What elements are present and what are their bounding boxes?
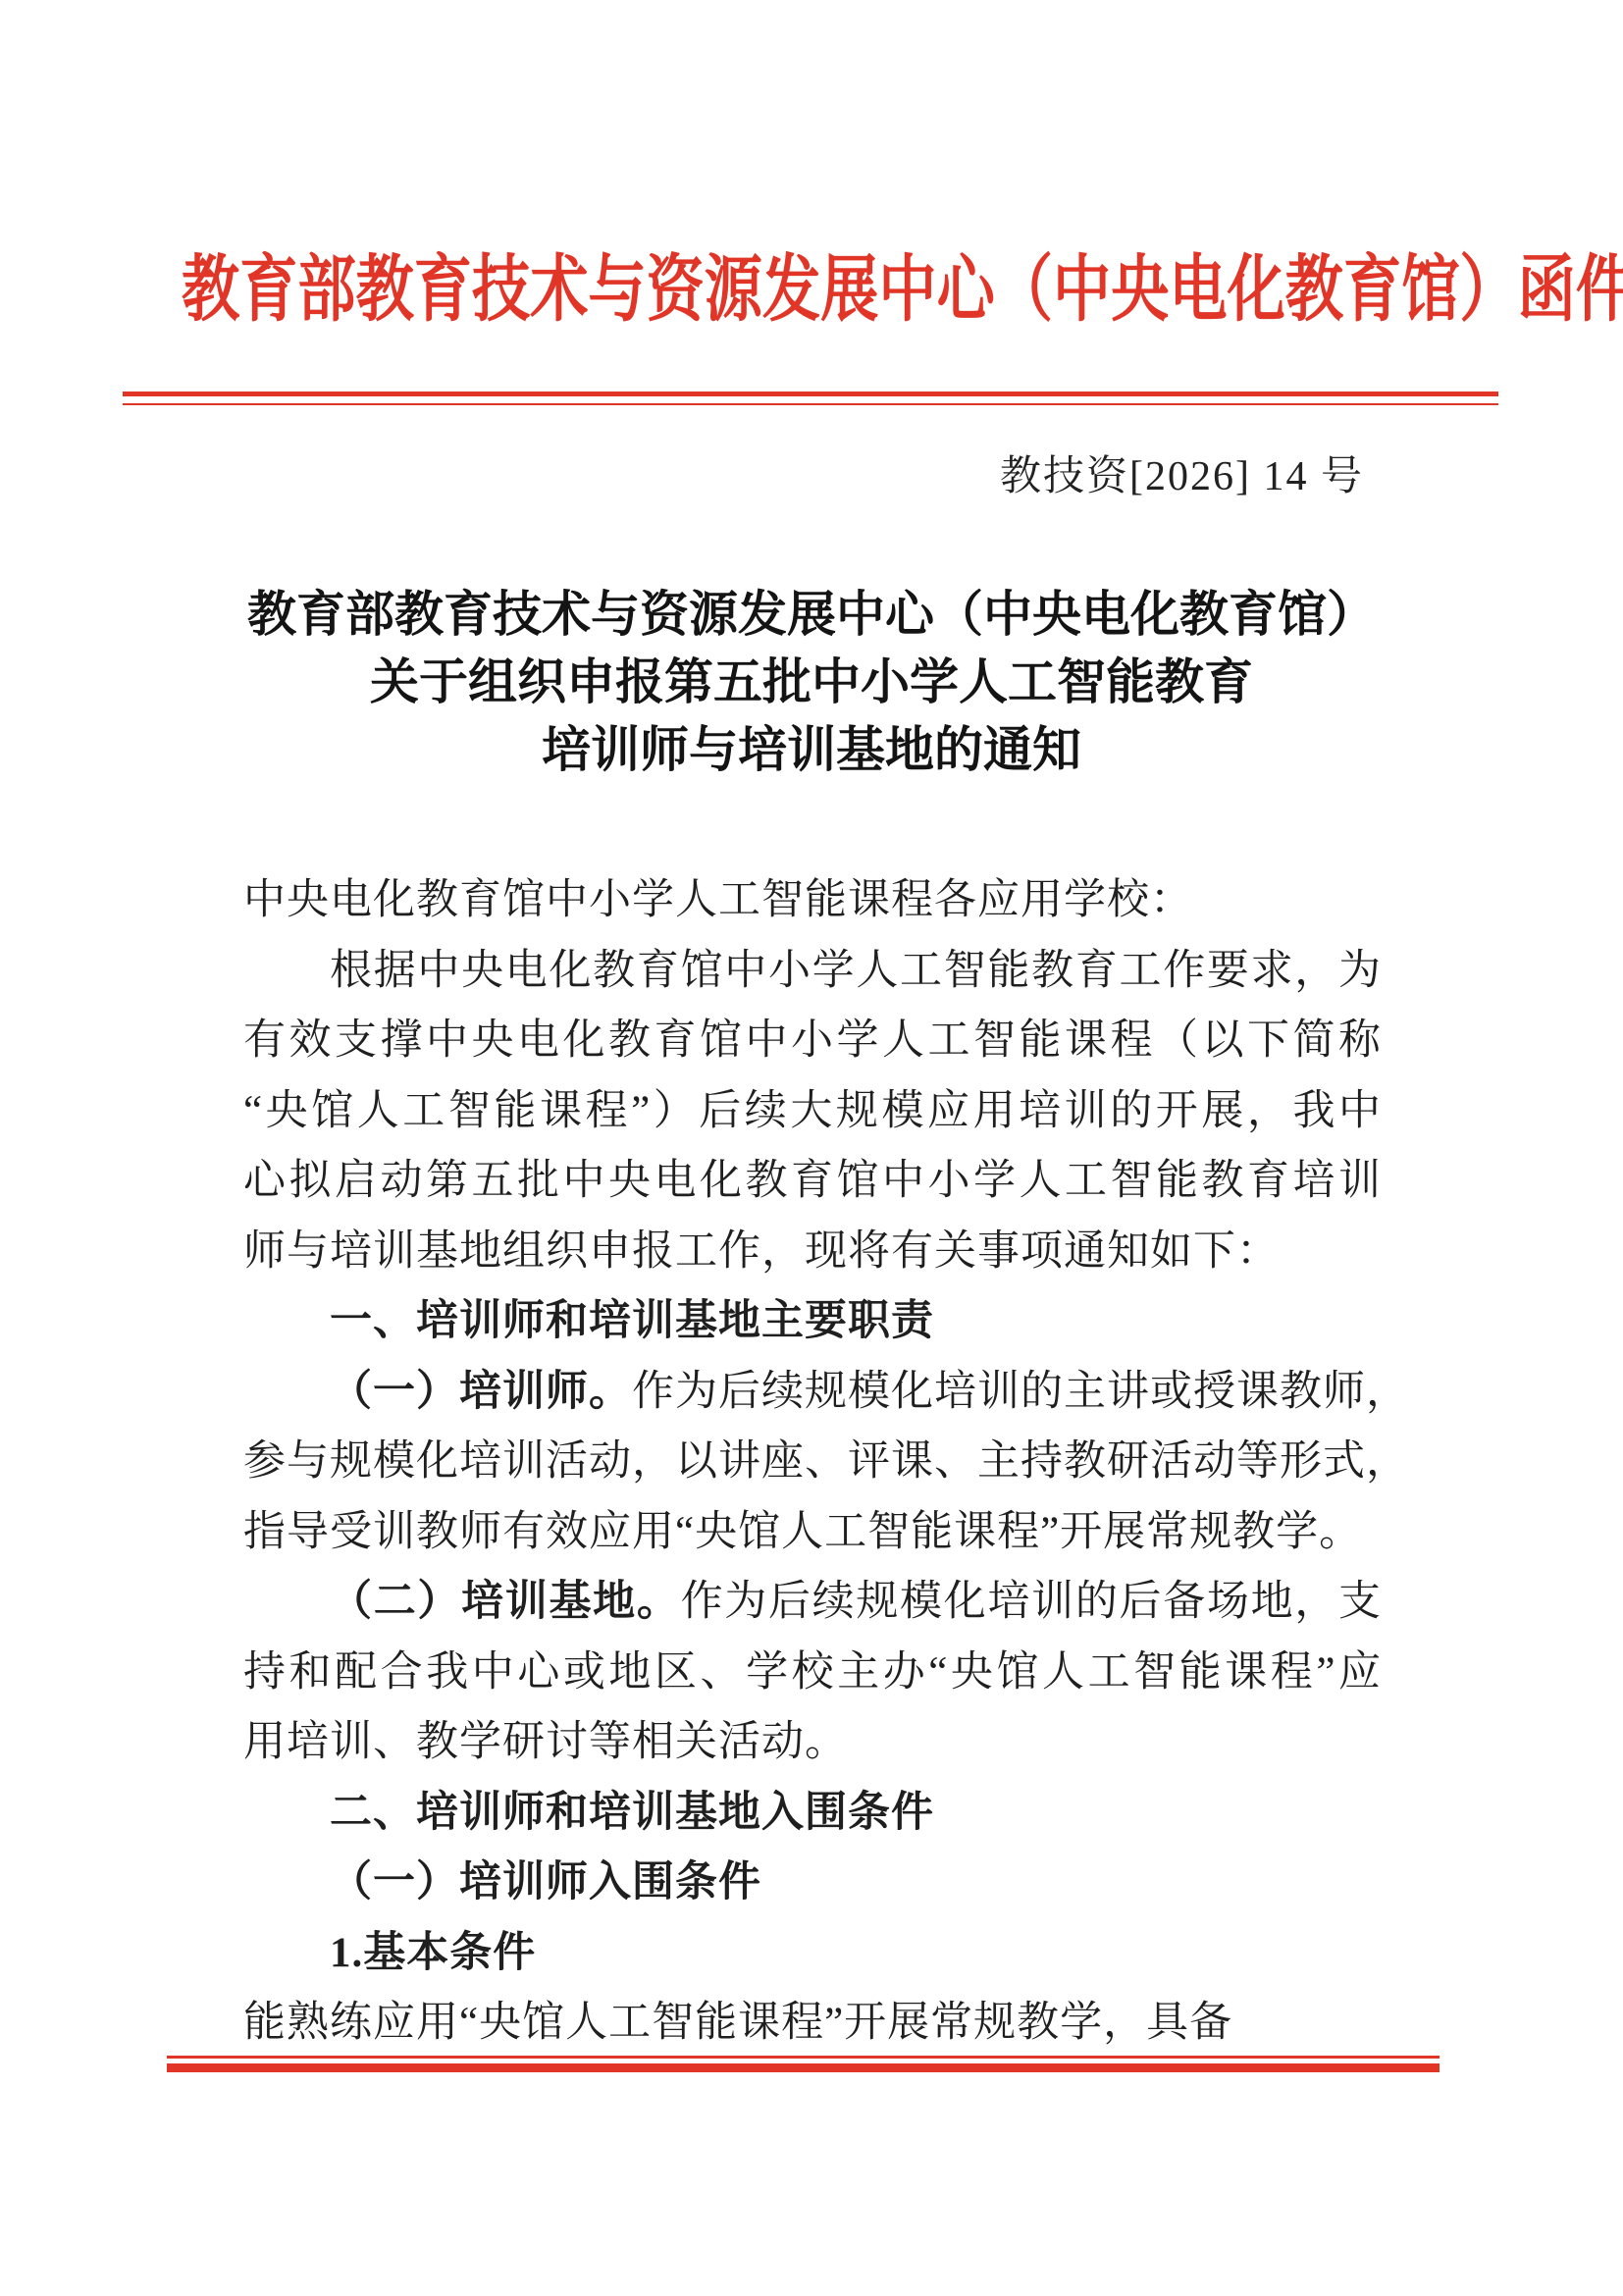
line-text: 指导受训教师有效应用“央馆人工智能课程”开展常规教学。: [243, 1509, 1362, 1555]
body-line: 根据中央电化教育馆中小学人工智能教育工作要求，为: [243, 936, 1382, 1007]
body-line: （一）培训师入围条件: [243, 1848, 1382, 1918]
footer-rule-thin: [167, 2056, 1440, 2059]
line-text: 参与规模化培训活动，以讲座、评课、主持教研活动等形式，: [243, 1438, 1409, 1485]
body-line: 一、培训师和培训基地主要职责: [243, 1286, 1382, 1357]
body-line: 用培训、教学研讨等相关活动。: [243, 1707, 1382, 1778]
footer-rule-thick: [167, 2063, 1440, 2072]
body-line: 能熟练应用“央馆人工智能课程”开展常规教学，具备: [243, 1988, 1382, 2059]
body-line: 指导受训教师有效应用“央馆人工智能课程”开展常规教学。: [243, 1497, 1382, 1568]
title-line-1: 教育部教育技术与资源发展中心（中央电化教育馆）: [0, 581, 1623, 649]
line-text: 作为后续规模化培训的主讲或授课教师，: [632, 1369, 1409, 1415]
body-line: 心拟启动第五批中央电化教育馆中小学人工智能教育培训: [243, 1146, 1382, 1217]
line-text: 心拟启动第五批中央电化教育馆中小学人工智能教育培训: [243, 1158, 1382, 1204]
header-rule-thin: [123, 403, 1498, 405]
body-text: 中央电化教育馆中小学人工智能课程各应用学校：根据中央电化教育馆中小学人工智能教育…: [243, 865, 1382, 2059]
body-line: 持和配合我中心或地区、学校主办“央馆人工智能课程”应: [243, 1638, 1382, 1708]
line-text: 持和配合我中心或地区、学校主办“央馆人工智能课程”应: [243, 1649, 1382, 1696]
line-text: 用培训、教学研讨等相关活动。: [243, 1719, 848, 1765]
heading-lead: （一）培训师。: [330, 1369, 632, 1415]
body-line: 1.基本条件: [243, 1918, 1382, 1989]
body-line: （一）培训师。作为后续规模化培训的主讲或授课教师，: [243, 1357, 1382, 1428]
line-text: 中央电化教育馆中小学人工智能课程各应用学校：: [243, 877, 1193, 923]
heading-lead: 1.基本条件: [330, 1930, 536, 1976]
heading-lead: （一）培训师入围条件: [330, 1859, 761, 1905]
document-page: 教育部教育技术与资源发展中心（中央电化教育馆）函件 教技资[2026] 14 号…: [0, 0, 1623, 2296]
letterhead-title: 教育部教育技术与资源发展中心（中央电化教育馆）函件: [0, 251, 1623, 331]
body-line: 中央电化教育馆中小学人工智能课程各应用学校：: [243, 865, 1382, 936]
title-line-2: 关于组织申报第五批中小学人工智能教育: [0, 649, 1623, 716]
line-text: 能熟练应用“央馆人工智能课程”开展常规教学，具备: [243, 2000, 1232, 2046]
heading-lead: （二）培训基地。: [330, 1579, 681, 1625]
line-text: 作为后续规模化培训的后备场地，支: [681, 1579, 1382, 1625]
body-line: 有效支撑中央电化教育馆中小学人工智能课程（以下简称: [243, 1006, 1382, 1076]
heading-lead: 二、培训师和培训基地入围条件: [330, 1790, 934, 1836]
doc-number: 教技资[2026] 14 号: [1000, 444, 1364, 502]
body-line: 二、培训师和培训基地入围条件: [243, 1778, 1382, 1849]
document-title: 教育部教育技术与资源发展中心（中央电化教育馆） 关于组织申报第五批中小学人工智能…: [0, 581, 1623, 784]
header-rule-thick: [123, 391, 1498, 396]
letterhead-text: 教育部教育技术与资源发展中心（中央电化教育馆）函件: [182, 251, 1623, 331]
heading-lead: 一、培训师和培训基地主要职责: [330, 1298, 934, 1344]
body-line: （二）培训基地。作为后续规模化培训的后备场地，支: [243, 1567, 1382, 1638]
line-text: “央馆人工智能课程”）后续大规模应用培训的开展，我中: [243, 1088, 1382, 1134]
title-line-3: 培训师与培训基地的通知: [0, 716, 1623, 784]
body-line: 师与培训基地组织申报工作，现将有关事项通知如下：: [243, 1217, 1382, 1287]
body-line: “央馆人工智能课程”）后续大规模应用培训的开展，我中: [243, 1076, 1382, 1147]
line-text: 根据中央电化教育馆中小学人工智能教育工作要求，为: [330, 948, 1382, 994]
line-text: 有效支撑中央电化教育馆中小学人工智能课程（以下简称: [243, 1018, 1382, 1064]
body-line: 参与规模化培训活动，以讲座、评课、主持教研活动等形式，: [243, 1427, 1382, 1497]
line-text: 师与培训基地组织申报工作，现将有关事项通知如下：: [243, 1228, 1280, 1275]
